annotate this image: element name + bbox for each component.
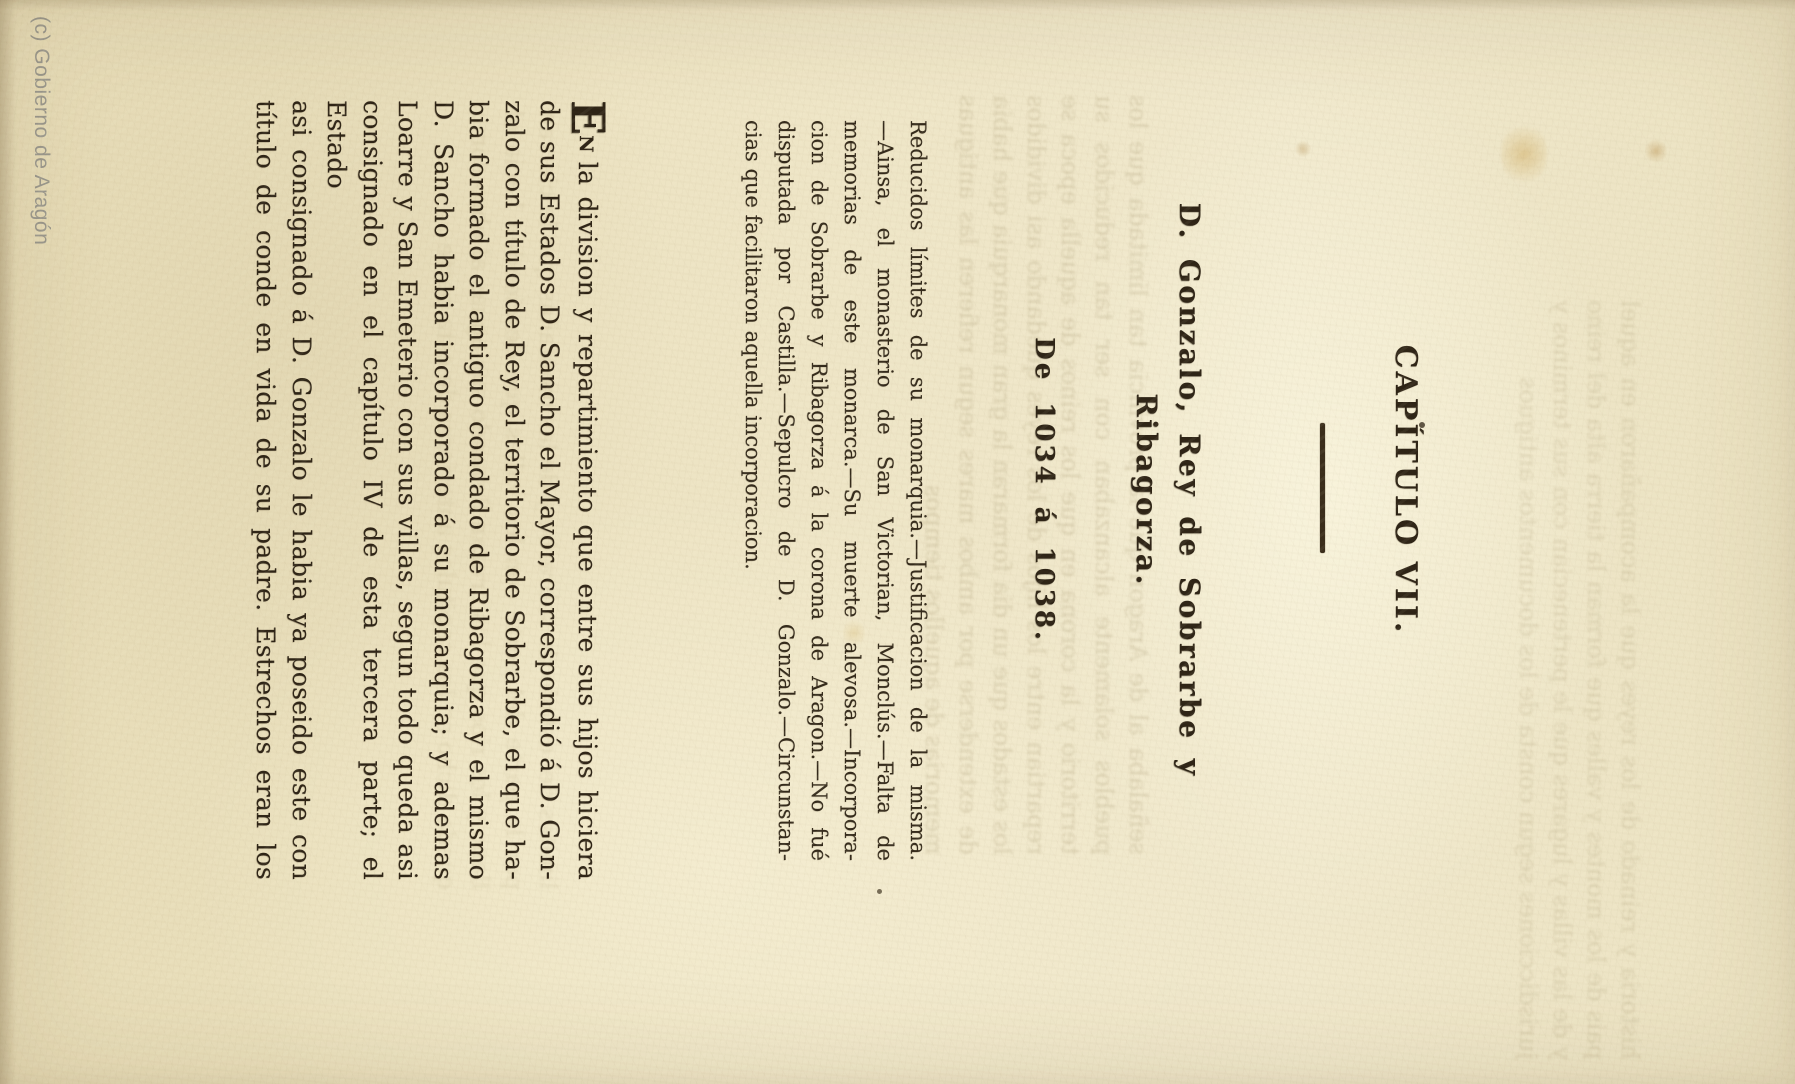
bleedthrough-text: historia y reinado de los reyes que la a… <box>1227 300 1647 1060</box>
chapter-subtitle: D. Gonzalo, Rey de Sobrarbe y Ribagorza. <box>1125 100 1211 880</box>
paper-stain <box>1501 118 1547 190</box>
page-edge-shadow <box>0 0 16 1084</box>
subtitle-line-1: D. Gonzalo, Rey de Sobrarbe y <box>1168 100 1211 880</box>
page-canvas: historia y reinado de los reyes que la a… <box>0 0 1795 1084</box>
body-line: título de conde en vida de su padre. Est… <box>248 100 284 880</box>
paper-stain <box>1645 138 1667 164</box>
ornamental-initial: E <box>561 100 615 135</box>
divider-rule <box>1320 423 1325 553</box>
smallcap-letter: N <box>575 135 597 153</box>
copyright-watermark: (c) Gobierno de Aragón <box>29 16 53 245</box>
summary-line: disputada por Castilla.—Sepulcro de D. G… <box>769 120 802 861</box>
summary-line: memorias de este monarca.—Su muerte alev… <box>835 120 868 861</box>
body-paragraph: ENla division y repartimiento que entre … <box>248 100 605 880</box>
summary-line: cion de Sobrarbe y Ribagorza á la corona… <box>802 120 835 861</box>
subtitle-line-2: Ribagorza. <box>1125 100 1168 880</box>
body-line: bia formado el antiguo condado de Ribago… <box>461 100 497 880</box>
summary-line: cias que facilitaron aquella incorporaci… <box>736 120 769 861</box>
body-line-text: la division y repartimiento que entre su… <box>573 162 602 880</box>
date-range: De 1034 á 1038. <box>1029 100 1059 880</box>
body-line: consignado en el capítulo IV de esta ter… <box>319 100 390 880</box>
chapter-summary: Reducidos límites de su monarquia.—Justi… <box>736 120 934 861</box>
summary-line: Reducidos límites de su monarquia.—Justi… <box>901 120 934 861</box>
body-line: Loarre y San Emeterio con sus villas, se… <box>390 100 426 880</box>
body-line: D. Sancho habia incorporado á su monarqu… <box>426 100 462 880</box>
body-line: zalo con título de Rey, el territorio de… <box>497 100 533 880</box>
body-line: de sus Estados D. Sancho el Mayor, corre… <box>532 100 568 880</box>
body-line: asi consignado á D. Gonzalo le habia ya … <box>284 100 320 880</box>
paper-stain <box>1295 140 1311 158</box>
summary-line: —Ainsa, el monasterio de San Victorian, … <box>868 120 901 861</box>
page-edge-shadow <box>0 0 1795 10</box>
body-line: ENla division y repartimiento que entre … <box>568 100 606 880</box>
scanned-book-page: historia y reinado de los reyes que la a… <box>0 0 1795 1084</box>
ink-speck <box>877 889 882 894</box>
chapter-title: CAPÍTULO VII. <box>1388 100 1423 880</box>
